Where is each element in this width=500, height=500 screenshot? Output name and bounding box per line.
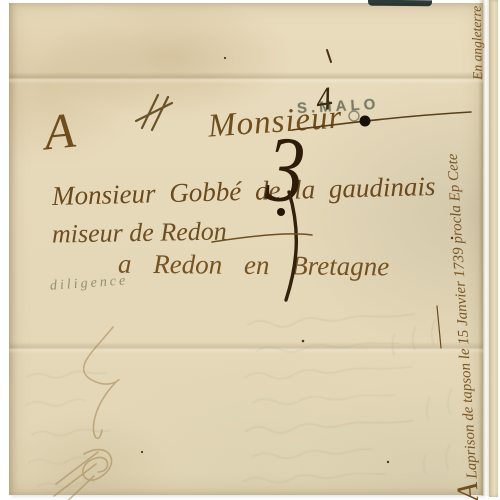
margin-note-line2: En angleterre bbox=[468, 0, 486, 80]
address-initial: A bbox=[41, 101, 77, 162]
place-line: a Redon en Bretagne bbox=[118, 249, 389, 283]
letter-photo: A Monsieur S.MALO 4 3 Monsieur Gobbé de … bbox=[0, 0, 500, 500]
horizontal-fold-crease-top bbox=[9, 72, 483, 84]
postage-due-numeral: 3 bbox=[263, 115, 308, 225]
horizontal-fold-crease-bottom bbox=[9, 342, 483, 354]
dark-edge-mark bbox=[368, 0, 432, 6]
folded-edge-strip bbox=[489, 0, 498, 497]
title-line: miseur de Redon bbox=[52, 216, 227, 249]
